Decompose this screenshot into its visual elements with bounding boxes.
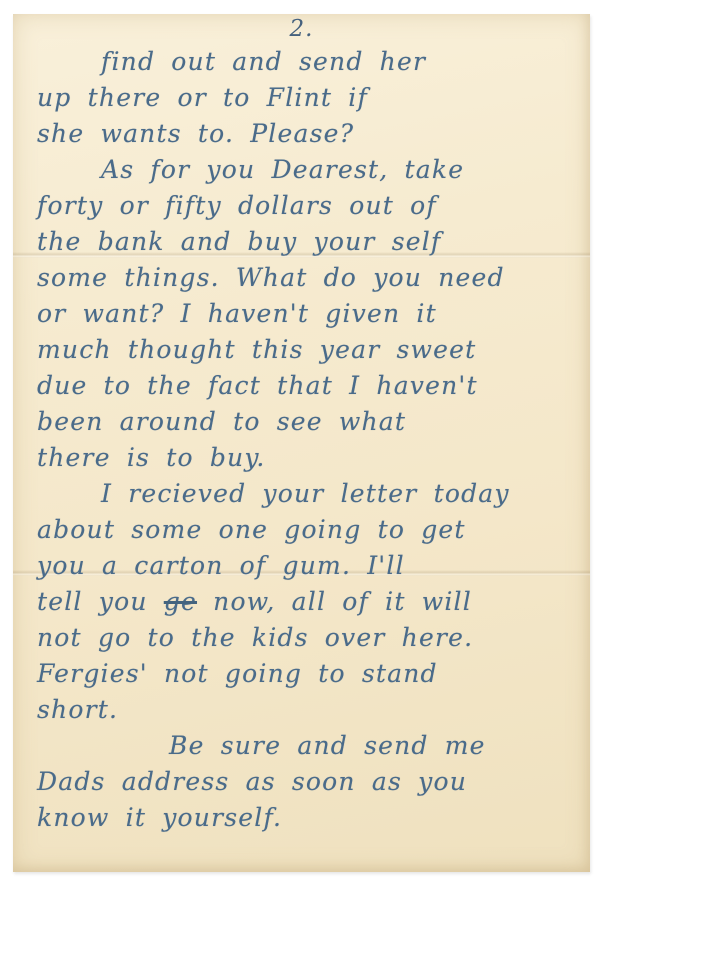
letter-body: find out and send her up there or to Fli… <box>37 44 586 836</box>
letter-line: been around to see what <box>37 404 586 440</box>
letter-line: or want? I haven't given it <box>37 296 586 332</box>
letter-line: Dads address as soon as you <box>37 764 586 800</box>
letter-line: Fergies' not going to stand <box>37 656 586 692</box>
letter-line: tell you ge now, all of it will <box>37 584 586 620</box>
letter-line: much thought this year sweet <box>37 332 586 368</box>
letter-line: she wants to. Please? <box>37 116 586 152</box>
letter-line: you a carton of gum. I'll <box>37 548 586 584</box>
letter-line: find out and send her <box>37 44 586 80</box>
letter-line: I recieved your letter today <box>37 476 586 512</box>
letter-line: some things. What do you need <box>37 260 586 296</box>
line-text: tell you <box>37 587 164 616</box>
letter-line: up there or to Flint if <box>37 80 586 116</box>
line-text: now, all of it will <box>197 587 472 616</box>
letter-line: As for you Dearest, take <box>37 152 586 188</box>
letter-line: forty or fifty dollars out of <box>37 188 586 224</box>
letter-line: not go to the kids over here. <box>37 620 586 656</box>
letter-line: due to the fact that I haven't <box>37 368 586 404</box>
letter-line: know it yourself. <box>37 800 586 836</box>
page-number: 2. <box>13 16 590 42</box>
letter-line: the bank and buy your self <box>37 224 586 260</box>
letter-line: Be sure and send me <box>37 728 586 764</box>
letter-line: about some one going to get <box>37 512 586 548</box>
letter-line: short. <box>37 692 586 728</box>
crossed-out-word: ge <box>164 587 197 616</box>
letter-line: there is to buy. <box>37 440 586 476</box>
letter-page: 2. find out and send her up there or to … <box>13 14 590 872</box>
